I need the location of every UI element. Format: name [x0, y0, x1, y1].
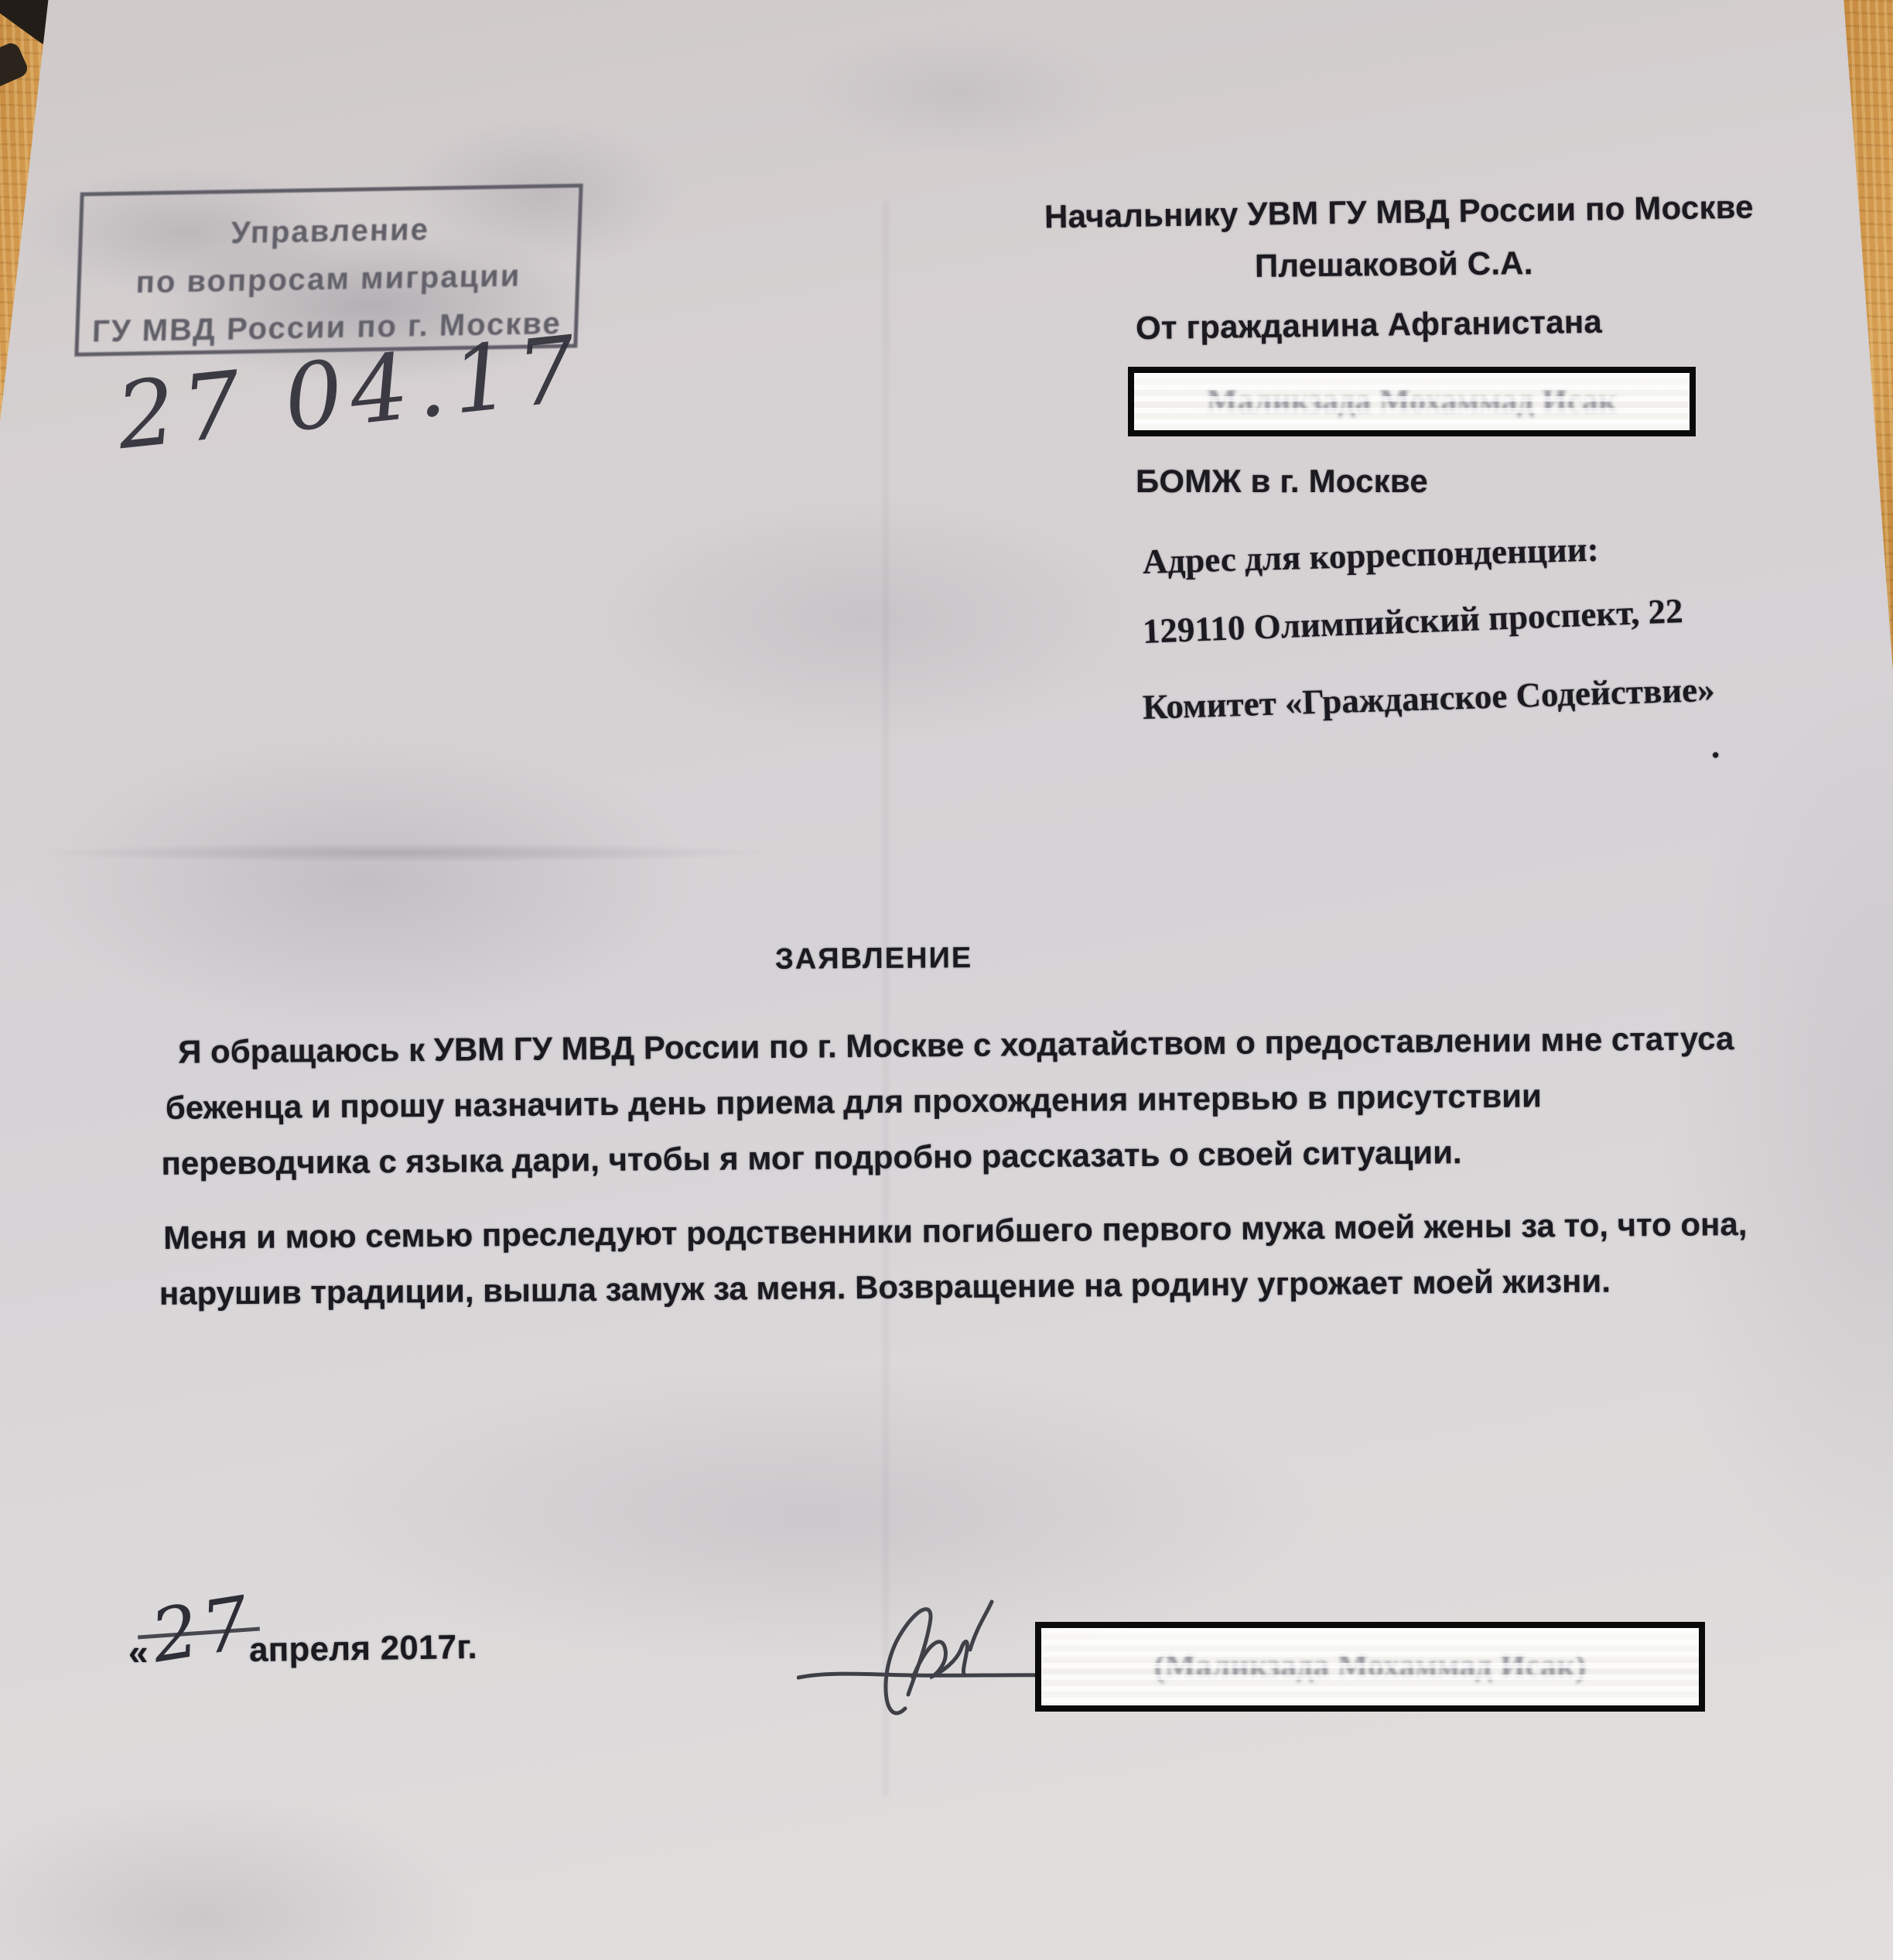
document-photo: Управление по вопросам миграции ГУ МВД Р… — [0, 0, 1893, 1960]
body-paragraph-1: Я обращаюсь к УВМ ГУ МВД России по г. Мо… — [160, 1020, 1735, 1201]
footer-date-text: апреля 2017г. — [249, 1628, 478, 1670]
document-title: ЗАЯВЛЕНИЕ — [775, 942, 972, 977]
recipient-line-1: Начальнику УВМ ГУ МВД России по Москве — [1044, 189, 1754, 236]
redacted-name-box: Маликзада Мохаммад Исак — [1128, 367, 1696, 436]
stray-ink-mark: . — [1711, 726, 1720, 766]
desk-surface-top-right — [1839, 0, 1893, 672]
desk-surface-top-left — [0, 0, 60, 422]
handwritten-signature — [797, 1579, 1075, 1741]
redacted-name-text: Маликзада Мохаммад Исак — [1207, 383, 1617, 420]
recipient-line-2: Плешаковой С.А. — [1255, 245, 1533, 285]
stamp-line-1: Управление — [82, 203, 579, 259]
cable-shadow — [0, 40, 30, 91]
vertical-fold-crease — [884, 201, 887, 1795]
address-line-1: 129110 Олимпийский проспект, 22 — [1142, 590, 1683, 652]
address-line-2: Комитет «Гражданское Содействие» — [1142, 669, 1715, 727]
address-label: Адрес для корреспонденции: — [1142, 529, 1599, 582]
body-paragraph-2: Меня и мою семью преследуют родственники… — [159, 1206, 1748, 1331]
stamp-line-2: по вопросам миграции — [80, 251, 577, 307]
applicant-status-line: БОМЖ в г. Москве — [1136, 463, 1428, 500]
signature-redacted-name-box: (Маликзада Мохаммад Исак) — [1035, 1622, 1705, 1712]
applicant-from-line: От гражданина Афганистана — [1136, 303, 1603, 347]
signature-redacted-name-text: (Маликзада Мохаммад Исак) — [1154, 1648, 1586, 1685]
